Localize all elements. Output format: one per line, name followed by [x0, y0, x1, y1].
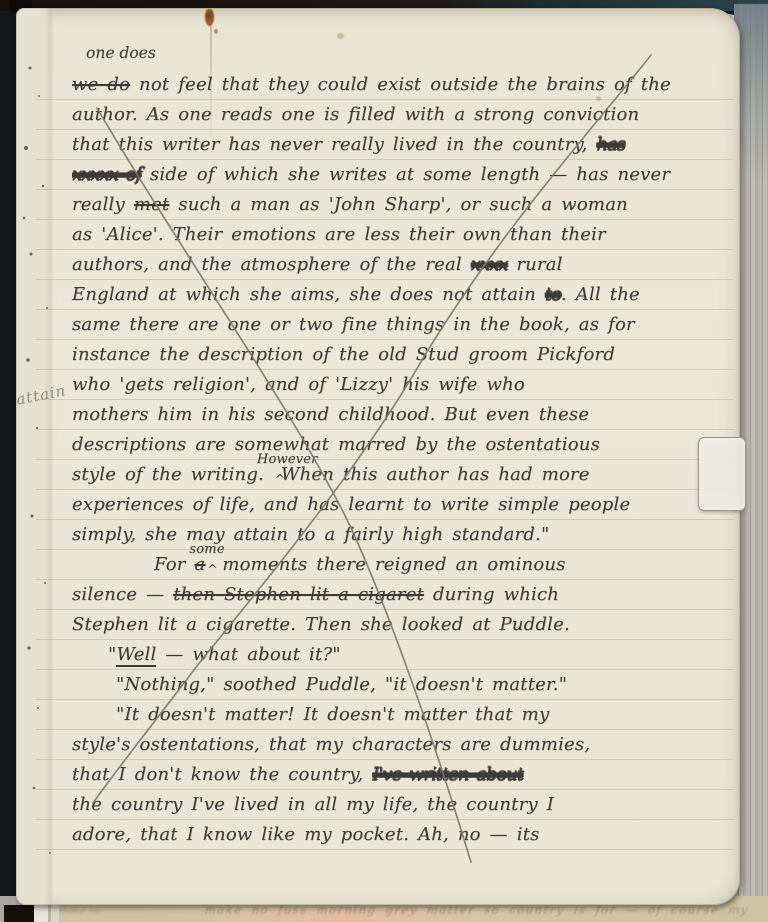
manuscript-line: simply, she may attain to a fairly high … — [72, 520, 732, 550]
manuscript-line: descriptions are somewhat marred by the … — [72, 430, 732, 460]
text-segment: author. As one reads one is filled with … — [72, 104, 639, 125]
text-segment-strike: met — [134, 194, 170, 215]
text-segment-scribble: xxxxx of — [72, 164, 141, 185]
text-segment: that I don't know the country, — [72, 764, 372, 785]
text-segment: that this writer has never really lived … — [72, 134, 596, 155]
text-segment: mothers him in his second childhood. But… — [72, 404, 589, 425]
text-segment: as 'Alice'. Their emotions are less thei… — [72, 224, 606, 245]
text-segment: When this author has had more — [281, 464, 590, 485]
text-segment-underline: Well — [116, 644, 156, 667]
text-segment: rural — [507, 254, 562, 275]
notebook-page: one does attain we do not feel that they… — [16, 8, 740, 905]
manuscript-line: xxxxx of side of which she writes at som… — [72, 160, 732, 190]
text-segment-scribble: has — [596, 134, 625, 155]
rust-stain-small — [214, 29, 218, 34]
manuscript-line: as 'Alice'. Their emotions are less thei… — [72, 220, 732, 250]
manuscript-line: instance the description of the old Stud… — [72, 340, 732, 370]
manuscript-line: Stephen lit a cigarette. Then she looked… — [72, 610, 732, 640]
text-segment: the country I've lived in all my life, t… — [72, 794, 554, 815]
bleed-through-text: make no fuss morning grey matter so coun… — [204, 903, 750, 917]
text-segment: moments there reigned an ominous — [213, 554, 565, 575]
manuscript-line: style's ostentations, that my characters… — [72, 730, 732, 760]
manuscript-line: really met such a man as 'John Sharp', o… — [72, 190, 732, 220]
inserted-correction-note: one does — [86, 44, 156, 62]
text-segment: who 'gets religion', and of 'Lizzy' his … — [72, 374, 525, 395]
black-corner-mark — [4, 905, 35, 922]
text-segment-strike: we do — [72, 74, 130, 95]
manuscript-line: England at which she aims, she does not … — [72, 280, 732, 310]
text-segment-scribble: xxxx — [471, 254, 508, 275]
text-segment-scribble: to — [545, 284, 561, 305]
inserted-word-above-line: However^ — [273, 462, 281, 480]
bleed-through-text-left: make no — [57, 906, 102, 917]
foxing-spot — [337, 33, 344, 39]
manuscript-line: silence — then Stephen lit a cigaret dur… — [72, 580, 732, 610]
page-marker-tab — [698, 437, 746, 511]
manuscript-line: we do not feel that they could exist out… — [72, 70, 732, 100]
text-segment-strike: then Stephen lit a cigaret — [173, 584, 424, 605]
text-segment: simply, she may attain to a fairly high … — [72, 524, 549, 545]
manuscript-line: who 'gets religion', and of 'Lizzy' his … — [72, 370, 732, 400]
manuscript-line: the country I've lived in all my life, t… — [72, 790, 732, 820]
manuscript-lines: we do not feel that they could exist out… — [72, 70, 732, 850]
manuscript-line: mothers him in his second childhood. But… — [72, 400, 732, 430]
manuscript-line: For asome^ moments there reigned an omin… — [72, 550, 732, 580]
text-segment-strike: a — [194, 554, 205, 575]
manuscript-line: adore, that I know like my pocket. Ah, n… — [72, 820, 732, 850]
photo-backdrop: { "colors": { "paper": "#eae6d6", "ink":… — [0, 0, 768, 922]
text-segment: "Nothing," soothed Puddle, "it doesn't m… — [116, 674, 567, 695]
text-segment: Stephen lit a cigarette. Then she looked… — [72, 614, 570, 635]
text-segment: descriptions are somewhat marred by the … — [72, 434, 600, 455]
text-segment: side of which she writes at some length … — [141, 164, 670, 185]
manuscript-line: "It doesn't matter! It doesn't matter th… — [72, 700, 732, 730]
rust-stain — [205, 9, 214, 26]
text-segment: style's ostentations, that my characters… — [72, 734, 590, 755]
text-segment: For — [154, 554, 194, 575]
foxing-spot-2 — [596, 96, 601, 101]
manuscript-line: style of the writing. However^When this … — [72, 460, 732, 490]
text-segment: experiences of life, and has learnt to w… — [72, 494, 630, 515]
text-segment: "It doesn't matter! It doesn't matter th… — [116, 704, 549, 725]
manuscript-line: same there are one or two fine things in… — [72, 310, 732, 340]
inserted-word-above-line: some^ — [205, 552, 213, 570]
text-segment: instance the description of the old Stud… — [72, 344, 615, 365]
text-segment: adore, that I know like my pocket. Ah, n… — [72, 824, 540, 845]
text-segment: during which — [424, 584, 559, 605]
manuscript-line: authors, and the atmosphere of the real … — [72, 250, 732, 280]
text-segment: England at which she aims, she does not … — [72, 284, 545, 305]
text-segment: authors, and the atmosphere of the real — [72, 254, 471, 275]
text-segment: really — [72, 194, 134, 215]
text-segment-scribble: I've written about — [372, 764, 523, 785]
text-segment: silence — — [72, 584, 173, 605]
text-segment: such a man as 'John Sharp', or such a wo… — [169, 194, 628, 215]
manuscript-line: that this writer has never really lived … — [72, 130, 732, 160]
text-segment: . All the — [561, 284, 640, 305]
manuscript-line: that I don't know the country, I've writ… — [72, 760, 732, 790]
text-segment: same there are one or two fine things in… — [72, 314, 635, 335]
text-segment: not feel that they could exist outside t… — [130, 74, 671, 95]
manuscript-line: author. As one reads one is filled with … — [72, 100, 732, 130]
manuscript-line: "Nothing," soothed Puddle, "it doesn't m… — [72, 670, 732, 700]
manuscript-line: experiences of life, and has learnt to w… — [72, 490, 732, 520]
manuscript-line: "Well — what about it?" — [72, 640, 732, 670]
text-segment: style of the writing. — [72, 464, 273, 485]
text-segment: — what about it?" — [156, 644, 340, 665]
